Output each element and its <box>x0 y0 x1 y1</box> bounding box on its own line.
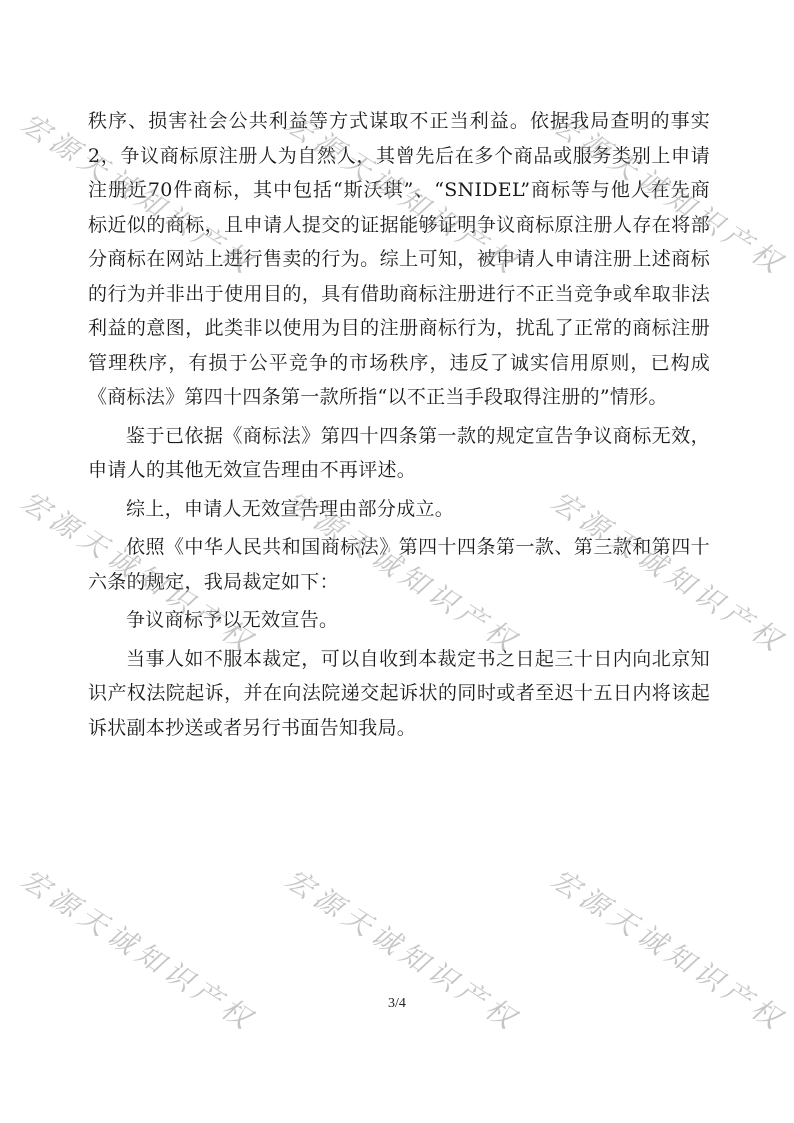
paragraph-other-grounds: 鉴于已依据《商标法》第四十四条第一款的规定宣告争议商标无效，申请人的其他无效宣告… <box>88 419 710 488</box>
paragraph-conclusion: 综上，申请人无效宣告理由部分成立。 <box>88 492 710 527</box>
watermark: 宏源天诚知识产权 <box>14 858 264 1040</box>
watermark: 宏源天诚知识产权 <box>544 858 794 1040</box>
document-body: 秩序、损害社会公共利益等方式谋取不正当利益。依据我局查明的事实2，争议商标原注册… <box>88 104 710 745</box>
document-page: 秩序、损害社会公共利益等方式谋取不正当利益。依据我局查明的事实2，争议商标原注册… <box>0 0 794 1123</box>
paragraph-reasoning: 秩序、损害社会公共利益等方式谋取不正当利益。依据我局查明的事实2，争议商标原注册… <box>88 104 710 415</box>
paragraph-appeal-notice: 当事人如不服本裁定，可以自收到本裁定书之日起三十日内向北京知识产权法院起诉，并在… <box>88 642 710 746</box>
paragraph-ruling: 争议商标予以无效宣告。 <box>88 603 710 638</box>
watermark: 宏源天诚知识产权 <box>278 858 528 1040</box>
page-number: 3/4 <box>0 996 794 1012</box>
paragraph-legal-basis: 依照《中华人民共和国商标法》第四十四条第一款、第三款和第四十六条的规定，我局裁定… <box>88 530 710 599</box>
